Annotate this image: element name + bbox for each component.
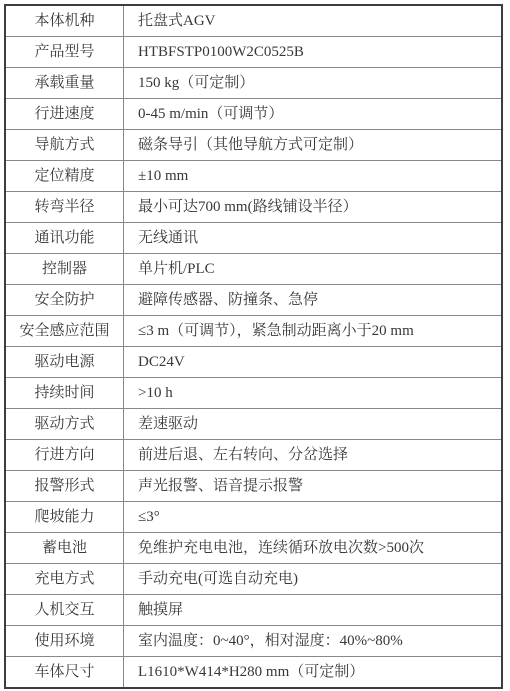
spec-value: 手动充电(可选自动充电) <box>124 564 503 595</box>
table-row: 导航方式磁条导引（其他导航方式可定制） <box>5 130 502 161</box>
table-row: 报警形式声光报警、语音提示报警 <box>5 471 502 502</box>
spec-value: 避障传感器、防撞条、急停 <box>124 285 503 316</box>
spec-label: 持续时间 <box>5 378 124 409</box>
spec-label: 产品型号 <box>5 37 124 68</box>
table-row: 定位精度±10 mm <box>5 161 502 192</box>
table-row: 车体尺寸L1610*W414*H280 mm（可定制） <box>5 657 502 689</box>
spec-value: 声光报警、语音提示报警 <box>124 471 503 502</box>
table-row: 转弯半径最小可达700 mm(路线铺设半径） <box>5 192 502 223</box>
table-row: 安全感应范围≤3 m（可调节），紧急制动距离小于20 mm <box>5 316 502 347</box>
table-row: 安全防护避障传感器、防撞条、急停 <box>5 285 502 316</box>
spec-label: 人机交互 <box>5 595 124 626</box>
spec-value: ≤3° <box>124 502 503 533</box>
spec-label: 安全感应范围 <box>5 316 124 347</box>
table-row: 驱动电源DC24V <box>5 347 502 378</box>
spec-value: 免维护充电电池，连续循环放电次数>500次 <box>124 533 503 564</box>
spec-label: 驱动方式 <box>5 409 124 440</box>
spec-label: 蓄电池 <box>5 533 124 564</box>
spec-label: 报警形式 <box>5 471 124 502</box>
spec-value: 触摸屏 <box>124 595 503 626</box>
table-row: 行进方向前进后退、左右转向、分岔选择 <box>5 440 502 471</box>
spec-value: 托盘式AGV <box>124 5 503 37</box>
table-row: 充电方式手动充电(可选自动充电) <box>5 564 502 595</box>
spec-value: 单片机/PLC <box>124 254 503 285</box>
table-row: 持续时间>10 h <box>5 378 502 409</box>
table-row: 行进速度0-45 m/min（可调节） <box>5 99 502 130</box>
spec-label: 充电方式 <box>5 564 124 595</box>
spec-label: 定位精度 <box>5 161 124 192</box>
agv-spec-table: 本体机种托盘式AGV产品型号HTBFSTP0100W2C0525B承载重量150… <box>4 4 503 689</box>
table-row: 爬坡能力≤3° <box>5 502 502 533</box>
spec-label: 本体机种 <box>5 5 124 37</box>
spec-value: HTBFSTP0100W2C0525B <box>124 37 503 68</box>
spec-value: ≤3 m（可调节），紧急制动距离小于20 mm <box>124 316 503 347</box>
spec-label: 使用环境 <box>5 626 124 657</box>
spec-value: 前进后退、左右转向、分岔选择 <box>124 440 503 471</box>
spec-label: 安全防护 <box>5 285 124 316</box>
spec-label: 通讯功能 <box>5 223 124 254</box>
spec-value: 150 kg（可定制） <box>124 68 503 99</box>
spec-label: 车体尺寸 <box>5 657 124 689</box>
table-row: 人机交互触摸屏 <box>5 595 502 626</box>
spec-value: ±10 mm <box>124 161 503 192</box>
table-row: 驱动方式差速驱动 <box>5 409 502 440</box>
table-row: 通讯功能无线通讯 <box>5 223 502 254</box>
spec-value: 磁条导引（其他导航方式可定制） <box>124 130 503 161</box>
spec-label: 爬坡能力 <box>5 502 124 533</box>
spec-label: 行进速度 <box>5 99 124 130</box>
spec-value: L1610*W414*H280 mm（可定制） <box>124 657 503 689</box>
spec-value: 无线通讯 <box>124 223 503 254</box>
spec-value: 差速驱动 <box>124 409 503 440</box>
spec-value: 最小可达700 mm(路线铺设半径） <box>124 192 503 223</box>
spec-value: DC24V <box>124 347 503 378</box>
table-row: 使用环境室内温度：0~40°，相对湿度：40%~80% <box>5 626 502 657</box>
table-row: 承载重量150 kg（可定制） <box>5 68 502 99</box>
table-row: 产品型号HTBFSTP0100W2C0525B <box>5 37 502 68</box>
table-row: 本体机种托盘式AGV <box>5 5 502 37</box>
spec-label: 驱动电源 <box>5 347 124 378</box>
spec-value: 室内温度：0~40°，相对湿度：40%~80% <box>124 626 503 657</box>
spec-table-body: 本体机种托盘式AGV产品型号HTBFSTP0100W2C0525B承载重量150… <box>5 5 502 688</box>
spec-label: 控制器 <box>5 254 124 285</box>
spec-value: 0-45 m/min（可调节） <box>124 99 503 130</box>
spec-label: 行进方向 <box>5 440 124 471</box>
spec-label: 转弯半径 <box>5 192 124 223</box>
spec-label: 承载重量 <box>5 68 124 99</box>
table-row: 蓄电池免维护充电电池，连续循环放电次数>500次 <box>5 533 502 564</box>
table-row: 控制器单片机/PLC <box>5 254 502 285</box>
spec-value: >10 h <box>124 378 503 409</box>
spec-label: 导航方式 <box>5 130 124 161</box>
